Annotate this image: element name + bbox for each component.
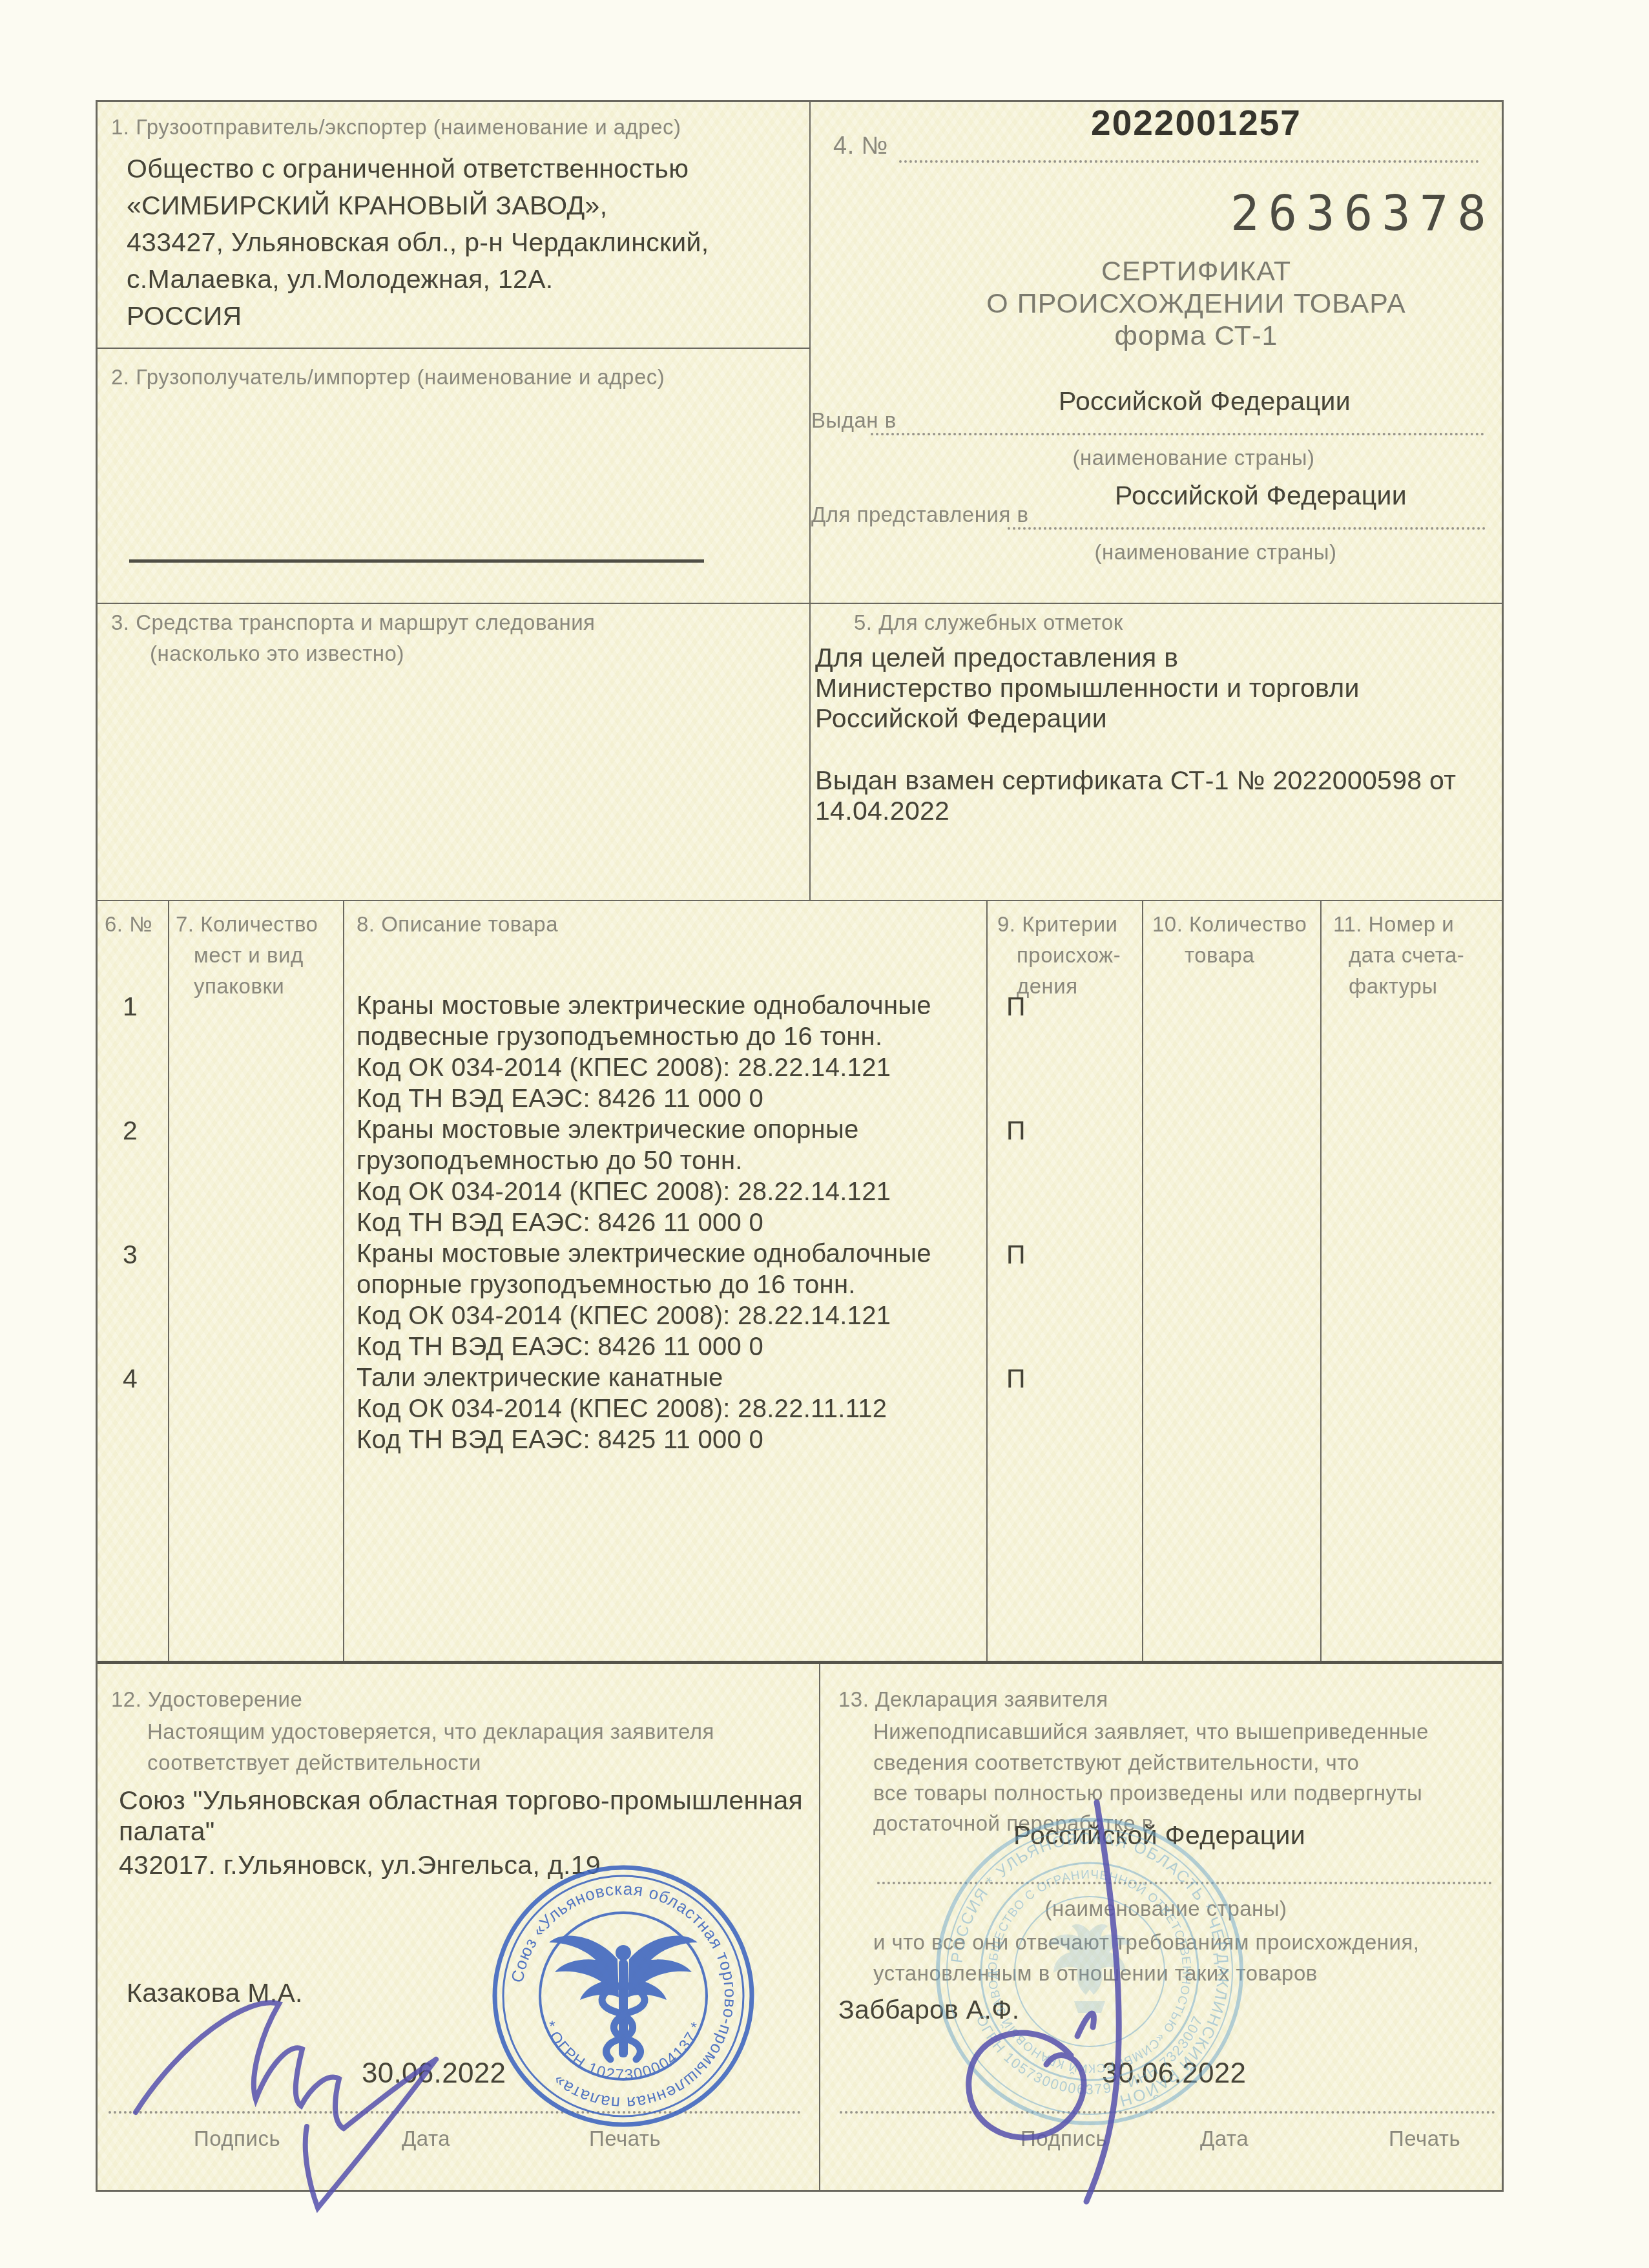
col9-header-2: происхож- bbox=[1017, 943, 1121, 968]
presented-in-hint: (наименование страны) bbox=[1094, 540, 1336, 565]
rule-bottom-divider bbox=[819, 1664, 820, 2190]
certificate-title-1: СЕРТИФИКАТ bbox=[1101, 256, 1291, 287]
blank-serial-number: 2636378 bbox=[1230, 186, 1495, 242]
caduceus-icon bbox=[549, 1935, 698, 2059]
service-note-1: Для целей предоставления в bbox=[815, 643, 1178, 673]
box12-label: 12. Удостоверение bbox=[111, 1687, 302, 1712]
box2-label: 2. Грузополучатель/импортер (наименовани… bbox=[111, 365, 665, 390]
rule-table-top bbox=[98, 900, 1502, 901]
rule-table-bottom bbox=[98, 1661, 1502, 1664]
box13-line-2: сведения соответствуют действительности,… bbox=[873, 1751, 1359, 1775]
certificate-page: 1. Грузоотправитель/экспортер (наименова… bbox=[0, 0, 1649, 2268]
col10-header-1: 10. Количество bbox=[1152, 912, 1307, 937]
row3-desc-1: Краны мостовые электрические однобалочны… bbox=[357, 1240, 931, 1269]
row4-desc-1: Тали электрические канатные bbox=[357, 1364, 723, 1393]
box3-label: 3. Средства транспорта и маршрут следова… bbox=[111, 610, 595, 635]
service-note-3: Российской Федерации bbox=[815, 703, 1107, 734]
box12-seal-caption: Печать bbox=[589, 2127, 661, 2151]
row3-desc-3: Код ОК 034-2014 (КПЕС 2008): 28.22.14.12… bbox=[357, 1302, 891, 1331]
row2-criteria: П bbox=[1006, 1116, 1026, 1146]
row3-desc-2: опорные грузоподъемностью до 16 тонн. bbox=[357, 1271, 856, 1300]
rule-col8-9 bbox=[986, 900, 988, 1661]
chamber-name-1: Союз "Ульяновская областная торгово-пром… bbox=[119, 1785, 803, 1816]
issued-in-hint: (наименование страны) bbox=[1072, 446, 1314, 470]
presented-in-value: Российской Федерации bbox=[1115, 481, 1407, 511]
col11-header-1: 11. Номер и bbox=[1333, 912, 1454, 937]
service-note-2: Министерство промышленности и торговли bbox=[815, 673, 1360, 703]
box4-label: 4. № bbox=[833, 132, 888, 160]
row4-criteria: П bbox=[1006, 1364, 1026, 1394]
row1-desc-3: Код ОК 034-2014 (КПЕС 2008): 28.22.14.12… bbox=[357, 1054, 891, 1083]
col7-header-2: мест и вид bbox=[194, 943, 304, 968]
issued-in-label: Выдан в bbox=[811, 408, 897, 433]
col11-header-3: фактуры bbox=[1349, 974, 1438, 999]
exporter-line-2: «СИМБИРСКИЙ КРАНОВЫЙ ЗАВОД», bbox=[127, 191, 607, 221]
row1-number: 1 bbox=[123, 992, 138, 1022]
col9-header-1: 9. Критерии bbox=[997, 912, 1118, 937]
row4-number: 4 bbox=[123, 1364, 138, 1394]
chamber-round-stamp: Союз «Ульяновская областная торгово-пром… bbox=[491, 1864, 756, 2128]
box4-number-dotted-line bbox=[899, 160, 1479, 163]
rule-col6-7 bbox=[168, 900, 169, 1661]
row1-desc-2: подвесные грузоподъемностью до 16 тонн. bbox=[357, 1023, 882, 1052]
box13-label: 13. Декларация заявителя bbox=[838, 1687, 1108, 1712]
box5-label: 5. Для служебных отметок bbox=[854, 610, 1123, 635]
box13-date-caption: Дата bbox=[1200, 2127, 1249, 2151]
row2-number: 2 bbox=[123, 1116, 138, 1146]
declarant-signature bbox=[904, 1789, 1176, 2209]
row2-desc-3: Код ОК 034-2014 (КПЕС 2008): 28.22.14.12… bbox=[357, 1178, 891, 1207]
row2-desc-2: грузоподъемностью до 50 тонн. bbox=[357, 1147, 743, 1176]
row2-desc-4: Код ТН ВЭД ЕАЭС: 8426 11 000 0 bbox=[357, 1209, 763, 1238]
row1-criteria: П bbox=[1006, 992, 1026, 1022]
col7-header-1: 7. Количество bbox=[176, 912, 318, 937]
rule-col7-8 bbox=[343, 900, 344, 1661]
row3-number: 3 bbox=[123, 1240, 138, 1270]
box13-seal-caption: Печать bbox=[1389, 2127, 1460, 2151]
rule-top-divider bbox=[809, 102, 811, 900]
col7-header-3: упаковки bbox=[194, 974, 284, 999]
row4-desc-3: Код ТН ВЭД ЕАЭС: 8425 11 000 0 bbox=[357, 1426, 763, 1455]
exporter-line-5: РОССИЯ bbox=[127, 301, 242, 331]
box3-sublabel: (насколько это известно) bbox=[150, 641, 404, 666]
row1-desc-4: Код ТН ВЭД ЕАЭС: 8426 11 000 0 bbox=[357, 1085, 763, 1114]
col9-header-3: дения bbox=[1017, 974, 1078, 999]
importer-blank-dash bbox=[129, 559, 704, 563]
rule-box1-bottom bbox=[98, 348, 809, 349]
presented-in-label: Для представления в bbox=[811, 503, 1028, 527]
exporter-line-4: с.Малаевка, ул.Молодежная, 12А. bbox=[127, 264, 554, 295]
certificate-title-3: форма СТ-1 bbox=[1115, 320, 1278, 352]
certificate-title-2: О ПРОИСХОЖДЕНИИ ТОВАРА bbox=[986, 288, 1405, 320]
col11-header-2: дата счета- bbox=[1349, 943, 1464, 968]
exporter-line-3: 433427, Ульяновская обл., р-н Чердаклинс… bbox=[127, 227, 709, 258]
col6-header: 6. № bbox=[105, 912, 152, 937]
service-note-5: 14.04.2022 bbox=[815, 796, 949, 826]
box12-line-1: Настоящим удостоверяется, что декларация… bbox=[147, 1720, 714, 1744]
box1-label: 1. Грузоотправитель/экспортер (наименова… bbox=[111, 115, 681, 140]
box13-line-1: Нижеподписавшийся заявляет, что вышеприв… bbox=[873, 1720, 1429, 1744]
row1-desc-1: Краны мостовые электрические однобалочны… bbox=[357, 992, 931, 1021]
row3-desc-4: Код ТН ВЭД ЕАЭС: 8426 11 000 0 bbox=[357, 1333, 763, 1362]
issued-in-value: Российской Федерации bbox=[1059, 386, 1351, 417]
service-note-4: Выдан взамен сертификата СТ-1 № 20220005… bbox=[815, 765, 1456, 796]
certifier-signature bbox=[110, 1964, 472, 2222]
chamber-name-2: палата" bbox=[119, 1816, 215, 1847]
rule-col10-11 bbox=[1320, 900, 1322, 1661]
col10-header-2: товара bbox=[1185, 943, 1254, 968]
rule-row2-bottom bbox=[98, 603, 1502, 604]
exporter-line-1: Общество с ограниченной ответственностью bbox=[127, 154, 689, 184]
col8-header: 8. Описание товара bbox=[357, 912, 558, 937]
rule-col9-10 bbox=[1142, 900, 1143, 1661]
row3-criteria: П bbox=[1006, 1240, 1026, 1270]
certificate-number: 2022001257 bbox=[1091, 102, 1302, 143]
row4-desc-2: Код ОК 034-2014 (КПЕС 2008): 28.22.11.11… bbox=[357, 1395, 887, 1424]
issued-in-dotted-line bbox=[871, 433, 1484, 435]
presented-in-dotted-line bbox=[1008, 527, 1486, 530]
box12-line-2: соответствует действительности bbox=[147, 1751, 481, 1775]
row2-desc-1: Краны мостовые электрические опорные bbox=[357, 1116, 859, 1145]
